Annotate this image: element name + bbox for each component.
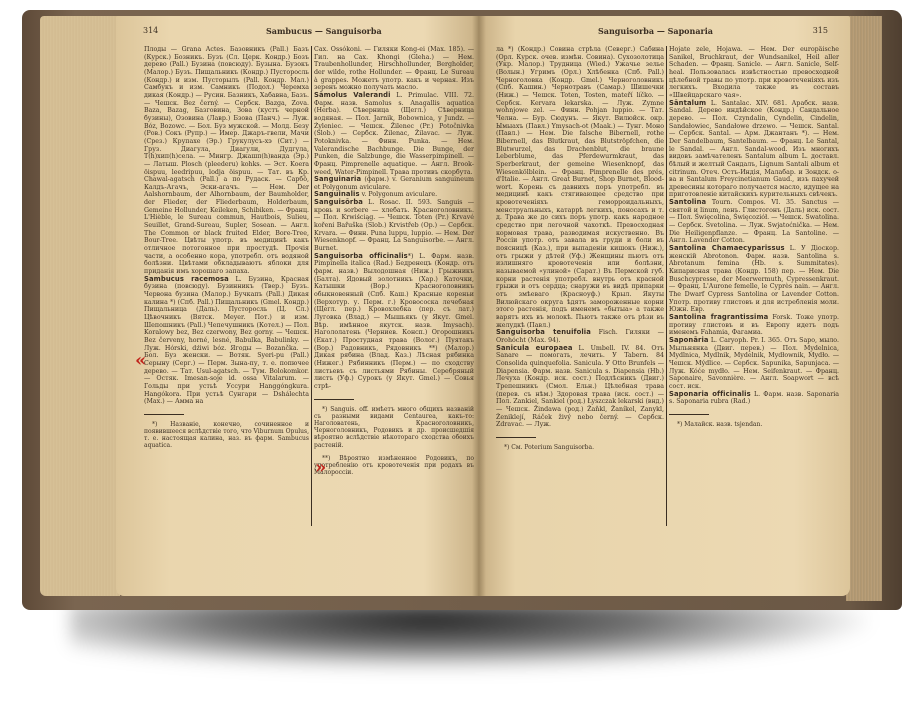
entry: Saponāria L. Caryoph. Pr. I. 365. Отъ Sa… (669, 337, 839, 391)
entry-headword: Sanguisorba officinalis (314, 252, 408, 260)
entry: Sanguisorba tenuifolia Fisch. Гиляки — O… (496, 329, 664, 344)
entry: Sanicula europaea L. Umbell. IV. 84. Отъ… (496, 345, 664, 429)
book-gutter (472, 16, 486, 596)
running-title: Sambucus — Sanguisorba (266, 26, 382, 36)
footnote: *) Названіе, конечно, сочиненное и появи… (144, 421, 309, 450)
book-shadow (70, 600, 870, 670)
entry-headword: Saponāria (669, 336, 709, 344)
column: Плоды — Grana Actes. Базовникъ (Pall.) Б… (144, 46, 309, 456)
entry: Santolina Tourn. Compos. VI. 35. Sanctus… (669, 199, 839, 245)
entry: Santolina fragrantissima Forsk. Тоже упо… (669, 314, 839, 337)
entry-headword: Sāmolus Valerandi (314, 91, 391, 99)
entry: Sāmolus Valerandi L. Primulac. VIII. 72.… (314, 92, 474, 176)
footnote: **) Вѣроятно измѣненное Родовикъ, по упо… (314, 455, 474, 477)
entry: Hojate zele, Hojawa. — Нем. Der europäis… (669, 46, 839, 100)
column: Hojate zele, Hojawa. — Нем. Der europäis… (669, 46, 839, 434)
entry: Плоды — Grana Actes. Базовникъ (Pall.) Б… (144, 46, 309, 276)
entry: Sambucus racemosa L. Бузина, Красная буз… (144, 276, 309, 406)
footnote: *) Малайск. назв. tsjendan. (669, 421, 839, 428)
left-quote-marker-icon: « (135, 352, 146, 370)
right-quote-marker-icon: » (315, 459, 326, 477)
footnote: *) Sanguis. off. имѣетъ много общихъ наз… (314, 406, 474, 449)
page-edges-left (40, 16, 120, 596)
column-rule (666, 46, 667, 526)
page-number: 314 (143, 26, 158, 35)
entry-headword: Saponaria officinalis (669, 390, 751, 398)
footnote-rule (144, 414, 184, 415)
entry-headword: Santolina (669, 198, 706, 206)
entry: Sanguisōrba L. Rosac. II. 593. Sanguis —… (314, 199, 474, 253)
page-number: 315 (813, 26, 828, 35)
entry: Sanguinaria (фарм.) v. Geranium sanguine… (314, 176, 474, 191)
entry: Santolina Chamaecyparissus L. У Діоскор.… (669, 245, 839, 314)
entry-headword: Sanguisorba tenuifolia (496, 328, 591, 336)
footnote-rule (496, 437, 536, 438)
left-page: 314 Sambucus — Sanguisorba Плоды — Grana… (116, 16, 478, 596)
entry-headword: Sanguisōrba (314, 198, 363, 206)
entry-headword: Sanguinaria (314, 175, 361, 183)
entry-headword: Santolina Chamaecyparissus (669, 244, 785, 252)
entry: Сах. Ossókoni. — Гиляки Kong-ei (Max. 18… (314, 46, 474, 92)
running-title: Sanguisorba — Saponaria (598, 26, 713, 36)
entry: Saponaria officinalis L. Фарм. назв. Sap… (669, 391, 839, 406)
entry-headword: Santolina fragrantissima (669, 313, 768, 321)
entry: ла *) (Кондр.) Совина стрѣла (Северг.) С… (496, 46, 664, 329)
footnote: *) См. Poterium Sanguisorba. (496, 444, 664, 451)
entry-headword: Sambucus racemosa (144, 275, 229, 283)
entry: Sanguisorba officinalis*) L. Фарм. назв.… (314, 253, 474, 391)
footnote-rule (314, 399, 354, 400)
entry-headword: Sanicula europaea (496, 344, 573, 352)
column-rule (311, 46, 312, 526)
entry-headword: Sāntalum (669, 99, 706, 107)
entry: Sāntalum L. Santalac. XIV. 681. Арабск. … (669, 100, 839, 200)
column: ла *) (Кондр.) Совина стрѣла (Северг.) С… (496, 46, 664, 457)
right-page: Sanguisorba — Saponaria 315 ла *) (Кондр… (478, 16, 850, 596)
column: Сах. Ossókoni. — Гиляки Kong-ei (Max. 18… (314, 46, 474, 482)
page-edges-right (846, 16, 882, 601)
footnote-rule (669, 414, 709, 415)
